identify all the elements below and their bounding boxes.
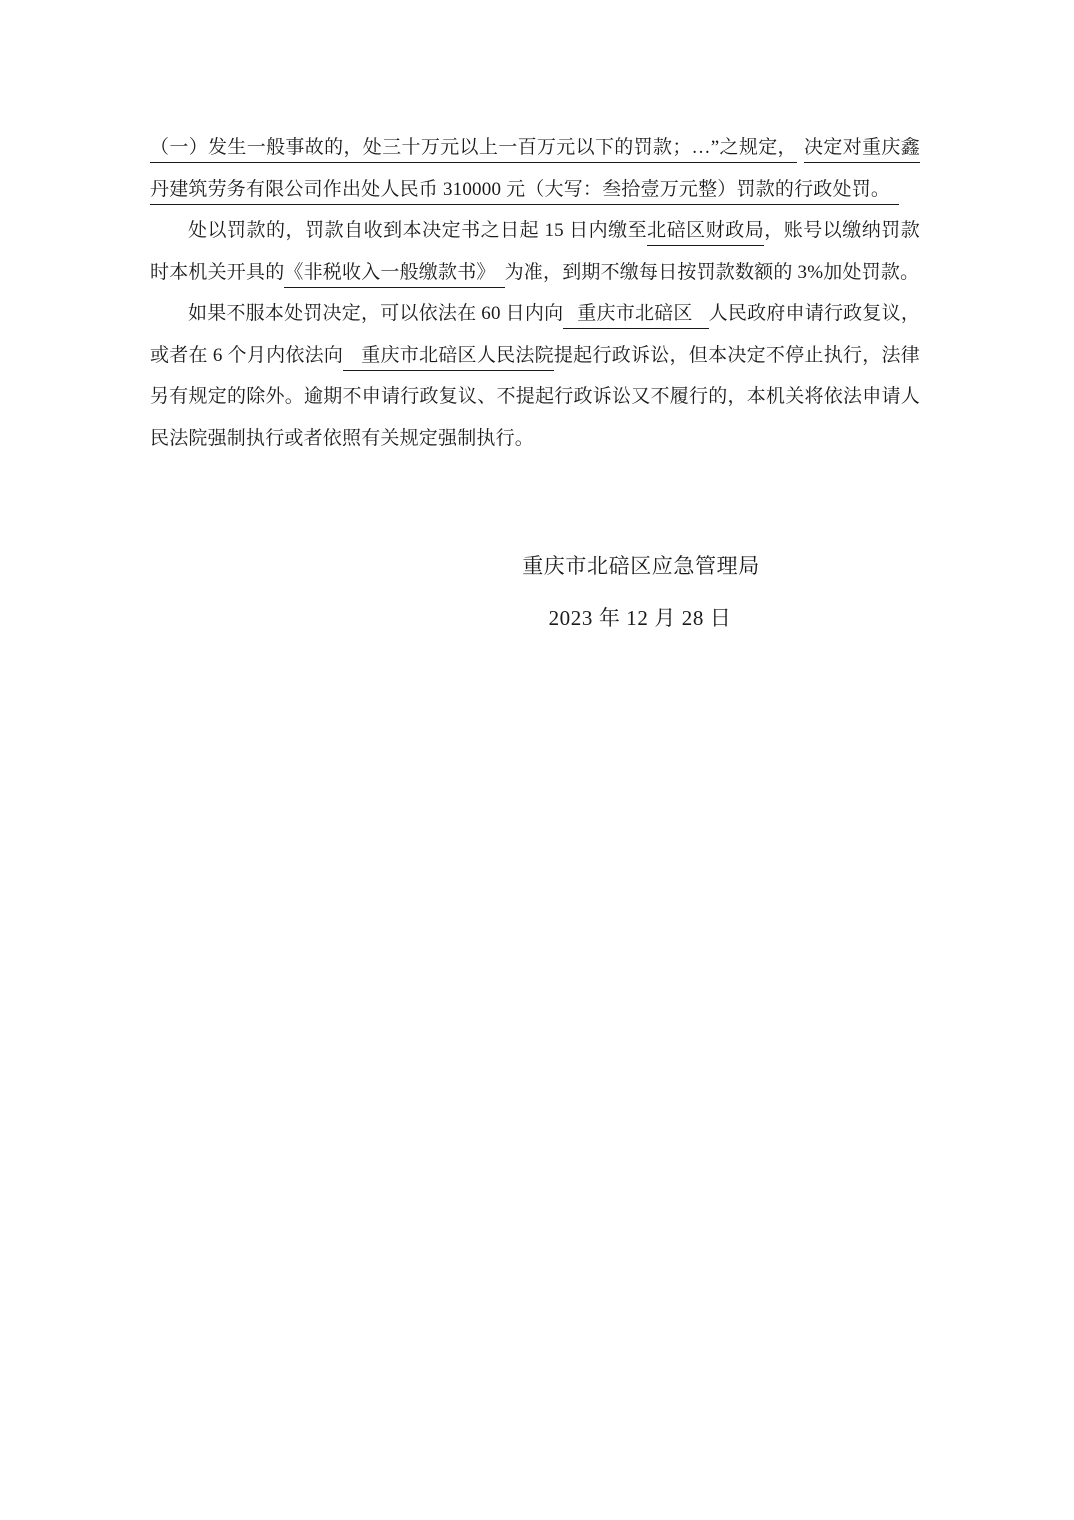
underlined-text: 《非税收入一般缴款书》 <box>284 262 504 288</box>
body-text: 为准，到期不缴每日按罚款数额的 3%加处罚款。 <box>505 262 920 283</box>
issue-date: 2023 年 12 月 28 日 <box>549 602 732 632</box>
body-text: 如果不服本处罚决定，可以依法在 60 日内向 <box>188 303 563 324</box>
underlined-text: （一）发生一般事故的，处三十万元以上一百万元以下的罚款；…”之规定， <box>150 137 797 163</box>
underlined-text: 丹建筑劳务有限公司作出处人民币 310000 元（大写：叁拾壹万元整）罚款的行政… <box>150 179 899 205</box>
body-text: ，账号以缴纳罚款 <box>764 220 920 241</box>
underlined-text: 决定对重庆鑫 <box>804 137 920 163</box>
document-line: 民法院强制执行或者依照有关规定强制执行。 <box>150 418 920 460</box>
body-text: 民法院强制执行或者依照有关规定强制执行。 <box>150 428 534 449</box>
body-text: 时本机关开具的 <box>150 262 284 283</box>
body-text: 提起行政诉讼，但本决定不停止执行，法律 <box>554 345 920 366</box>
document-line: 如果不服本处罚决定，可以依法在 60 日内向重庆市北碚区人民政府申请行政复议， <box>150 293 920 335</box>
document-line: 处以罚款的，罚款自收到本决定书之日起 15 日内缴至北碚区财政局，账号以缴纳罚款 <box>150 210 920 252</box>
document-line: 丹建筑劳务有限公司作出处人民币 310000 元（大写：叁拾壹万元整）罚款的行政… <box>150 169 920 211</box>
penalty-decision-text: （一）发生一般事故的，处三十万元以上一百万元以下的罚款；…”之规定，决定对重庆鑫… <box>150 127 920 459</box>
document-line: 时本机关开具的《非税收入一般缴款书》为准，到期不缴每日按罚款数额的 3%加处罚款… <box>150 252 920 294</box>
underlined-text: 北碚区财政局 <box>647 220 764 246</box>
body-text: 或者在 6 个月内依法向 <box>150 345 343 366</box>
underlined-text: 重庆市北碚区 <box>563 303 708 329</box>
body-text: 另有规定的除外。逾期不申请行政复议、不提起行政诉讼又不履行的，本机关将依法申请人 <box>150 386 920 407</box>
document-line: 另有规定的除外。逾期不申请行政复议、不提起行政诉讼又不履行的，本机关将依法申请人 <box>150 376 920 418</box>
body-text: 处以罚款的，罚款自收到本决定书之日起 15 日内缴至 <box>188 220 647 241</box>
underlined-text: 重庆市北碚区人民法院 <box>343 345 554 371</box>
document-line: 或者在 6 个月内依法向重庆市北碚区人民法院提起行政诉讼，但本决定不停止执行，法… <box>150 335 920 377</box>
issuing-authority: 重庆市北碚区应急管理局 <box>522 550 760 580</box>
body-text: 人民政府申请行政复议， <box>709 303 920 324</box>
document-line: （一）发生一般事故的，处三十万元以上一百万元以下的罚款；…”之规定，决定对重庆鑫 <box>150 127 920 169</box>
document-page: （一）发生一般事故的，处三十万元以上一百万元以下的罚款；…”之规定，决定对重庆鑫… <box>0 0 1074 1520</box>
